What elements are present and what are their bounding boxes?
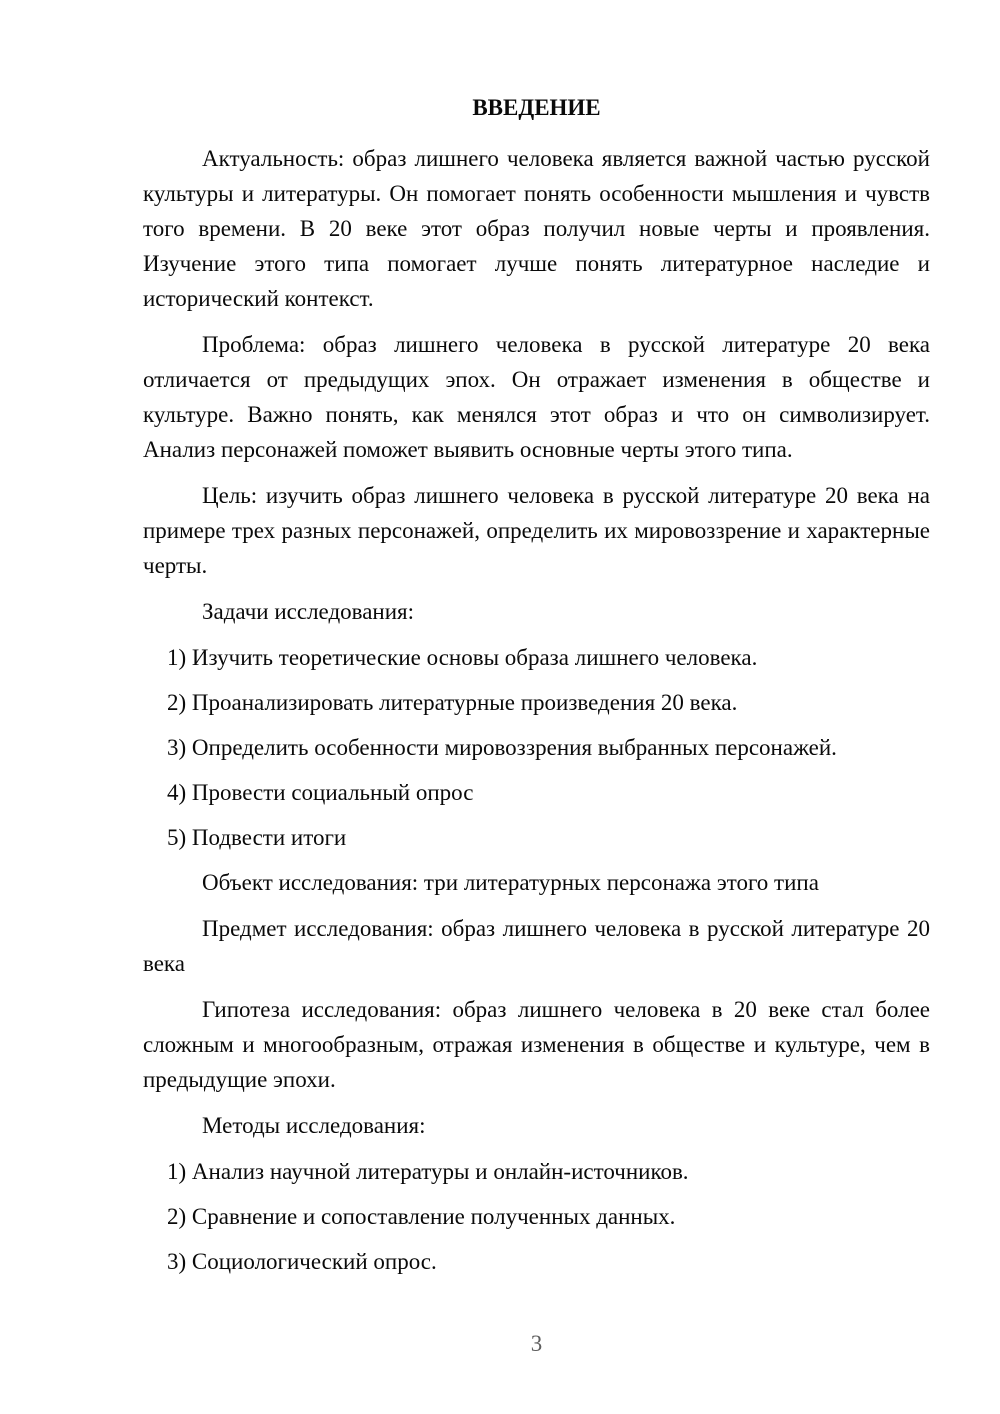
- paragraph-problem: Проблема: образ лишнего человека в русск…: [143, 327, 930, 467]
- page-title: ВВЕДЕНИЕ: [143, 90, 930, 125]
- tasks-list: 1) Изучить теоретические основы образа л…: [143, 640, 930, 855]
- paragraph-relevance: Актуальность: образ лишнего человека явл…: [143, 141, 930, 316]
- paragraph-object: Объект исследования: три литературных пе…: [143, 865, 930, 900]
- methods-list: 1) Анализ научной литературы и онлайн-ис…: [143, 1154, 930, 1279]
- tasks-heading: Задачи исследования:: [143, 594, 930, 629]
- task-list-item: 4) Провести социальный опрос: [167, 775, 930, 810]
- paragraph-hypothesis: Гипотеза исследования: образ лишнего чел…: [143, 992, 930, 1097]
- task-list-item: 2) Проанализировать литературные произве…: [167, 685, 930, 720]
- method-list-item: 2) Сравнение и сопоставление полученных …: [167, 1199, 930, 1234]
- task-list-item: 1) Изучить теоретические основы образа л…: [167, 640, 930, 675]
- page-number: 3: [143, 1330, 930, 1358]
- method-list-item: 1) Анализ научной литературы и онлайн-ис…: [167, 1154, 930, 1189]
- task-list-item: 3) Определить особенности мировоззрения …: [167, 730, 930, 765]
- methods-heading: Методы исследования:: [143, 1108, 930, 1143]
- task-list-item: 5) Подвести итоги: [167, 820, 930, 855]
- method-list-item: 3) Социологический опрос.: [167, 1244, 930, 1279]
- paragraph-goal: Цель: изучить образ лишнего человека в р…: [143, 478, 930, 583]
- document-page: ВВЕДЕНИЕ Актуальность: образ лишнего чел…: [0, 0, 1000, 1414]
- paragraph-subject: Предмет исследования: образ лишнего чело…: [143, 911, 930, 981]
